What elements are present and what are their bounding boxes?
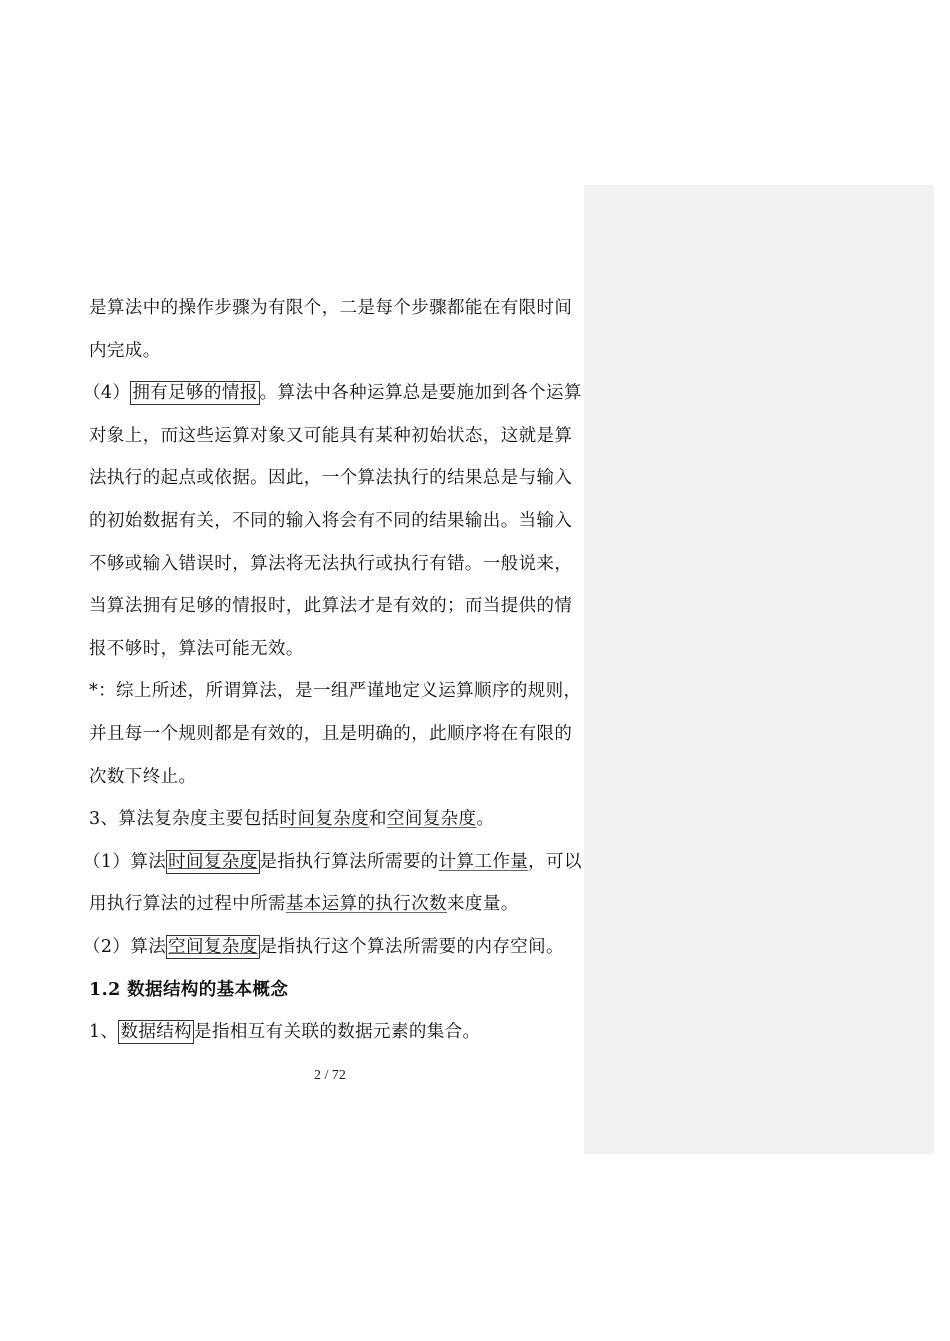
body-text: 是算法中的操作步骤为有限个，二是每个步骤都能在有限时间 内完成。 （4）拥有足够… [89, 287, 579, 1054]
document-page: 是算法中的操作步骤为有限个，二是每个步骤都能在有限时间 内完成。 （4）拥有足够… [0, 0, 950, 1341]
line-text: 来度量。 [447, 894, 519, 914]
paragraph-line: 的初始数据有关，不同的输入将会有不同的结果输出。当输入 [89, 500, 579, 543]
line-text: 用执行算法的过程中所需 [89, 894, 286, 914]
summary-line: 次数下终止。 [89, 756, 579, 799]
item-number: 1、 [89, 1022, 118, 1042]
item-number: （2）算法 [83, 937, 166, 957]
paragraph-line: 当算法拥有足够的情报时，此算法才是有效的；而当提供的情 [89, 585, 579, 628]
item-number: （4） [83, 383, 130, 403]
paragraph-line-item-1: （1）算法时间复杂度是指执行算法所需要的计算工作量，可以 [83, 841, 579, 884]
line-text: 。算法中各种运算总是要施加到各个运算 [260, 383, 582, 403]
line-text: 3、算法复杂度主要包括 [89, 809, 280, 829]
paragraph-line: 是算法中的操作步骤为有限个，二是每个步骤都能在有限时间 [89, 287, 579, 330]
section-heading: 1.2 数据结构的基本概念 [89, 969, 579, 1012]
summary-line: *：综上所述，所谓算法，是一组严谨地定义运算顺序的规则， [89, 670, 579, 713]
boxed-term-data-structure: 数据结构 [118, 1020, 194, 1044]
underlined-term-op-count: 基本运算的执行次数 [286, 894, 447, 914]
line-text: ，可以 [528, 852, 582, 872]
boxed-term-space-complexity: 空间复杂度 [166, 935, 260, 959]
paragraph-line: 内完成。 [89, 330, 579, 373]
boxed-term-sufficient-info: 拥有足够的情报 [130, 381, 259, 405]
paragraph-line: 报不够时，算法可能无效。 [89, 628, 579, 671]
underlined-term-time-complexity: 时间复杂度 [280, 809, 370, 829]
page-number: 2 / 72 [0, 1068, 660, 1084]
complexity-intro-line: 3、算法复杂度主要包括时间复杂度和空间复杂度。 [89, 798, 579, 841]
line-text: 是指执行这个算法所需要的内存空间。 [260, 937, 564, 957]
line-text: 。 [476, 809, 494, 829]
comment-margin-pane [584, 185, 934, 1154]
item-number: （1）算法 [83, 852, 166, 872]
paragraph-line: 对象上，而这些运算对象又可能具有某种初始状态，这就是算 [89, 415, 579, 458]
boxed-term-time-complexity: 时间复杂度 [166, 850, 260, 874]
paragraph-line: 法执行的起点或依据。因此，一个算法执行的结果总是与输入 [89, 457, 579, 500]
line-text: 和 [369, 809, 387, 829]
paragraph-line: 不够或输入错误时，算法将无法执行或执行有错。一般说来， [89, 543, 579, 586]
paragraph-line-definition: 1、数据结构是指相互有关联的数据元素的集合。 [89, 1011, 579, 1054]
line-text: 是指执行算法所需要的 [260, 852, 439, 872]
line-text: 是指相互有关联的数据元素的集合。 [194, 1022, 480, 1042]
paragraph-line: 用执行算法的过程中所需基本运算的执行次数来度量。 [89, 883, 579, 926]
underlined-term-space-complexity: 空间复杂度 [387, 809, 477, 829]
underlined-term-workload: 计算工作量 [439, 852, 529, 872]
summary-line: 并且每一个规则都是有效的，且是明确的，此顺序将在有限的 [89, 713, 579, 756]
paragraph-line-item-2: （2）算法空间复杂度是指执行这个算法所需要的内存空间。 [83, 926, 579, 969]
paragraph-line-item-4: （4）拥有足够的情报。算法中各种运算总是要施加到各个运算 [83, 372, 579, 415]
